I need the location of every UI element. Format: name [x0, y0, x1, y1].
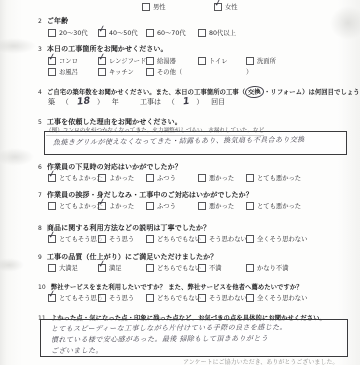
checkbox-option: ✓どちらでもない: [146, 293, 201, 302]
question-9-title: 9工事の品質（仕上がり）にご満足いただけましたか？: [38, 252, 217, 262]
checkbox-option: ✓不満: [198, 263, 222, 272]
question-2-options: ✓20〜30代 ✓40〜50代 ✓60〜70代 ✓80代以上: [0, 28, 360, 38]
checkbox-option: ✓洗面所: [246, 56, 276, 65]
checkbox-option: ✓キッチン: [98, 67, 134, 76]
check-mark: ✓: [97, 259, 107, 269]
checkbox: ✓: [198, 174, 206, 182]
handwritten-answer: とてもスピーディーな工事しながら片付けている手際の良さを感じた。 慣れている様で…: [41, 319, 347, 357]
option-label: どちらでもない: [157, 234, 201, 243]
check-mark: ✓: [213, 0, 223, 8]
question-9-options: ✓大満足 ✓満足 ✓どちらでもない ✓不満 ✓かなり不満: [0, 263, 360, 273]
checkbox: ✓: [48, 202, 56, 210]
checkbox: ✓: [146, 202, 154, 210]
option-label: お風呂: [59, 67, 78, 76]
checkbox-option: ✓そう思わない: [198, 234, 247, 243]
handwritten-count: 1: [182, 96, 190, 108]
question-3-options-row2: ✓お風呂 ✓キッチン ✓その他（ ）: [0, 67, 360, 77]
check-mark: ✓: [97, 52, 107, 62]
option-label: 80代以上: [209, 28, 236, 37]
checkbox: ✓: [48, 294, 56, 302]
option-label: トイレ: [209, 56, 228, 65]
footer-thanks: アンケートにご協力いただき、ありがとうございました。: [183, 357, 338, 365]
checkbox-option: ✓そう思う: [98, 293, 134, 302]
question-number: 9: [38, 254, 42, 261]
checkbox-option: ✓そう思う: [98, 234, 134, 243]
checkbox-option: ✓全くそう思わない: [246, 234, 307, 243]
question-7-title: 7作業員の挨拶・身だしなみ・工事中のご対応はいかがでしたか？: [38, 190, 253, 200]
checkbox-option: ✓コンロ: [48, 56, 78, 65]
option-label: 男性: [153, 2, 166, 11]
option-label: ふつう: [157, 173, 176, 182]
question-number: 5: [38, 119, 42, 126]
renovation-count-field: 工事は （1） 回目: [140, 96, 225, 107]
checkbox: ✓: [98, 68, 106, 76]
checkbox: ✓: [146, 29, 154, 37]
checkbox: ✓: [198, 264, 206, 272]
option-label: よかった: [109, 201, 134, 210]
checkbox: ✓: [146, 68, 154, 76]
question-8-options: ✓とてもそう思う ✓そう思う ✓どちらでもない ✓そう思わない ✓全くそう思わな…: [0, 234, 360, 244]
question-number: 3: [38, 46, 42, 53]
option-label: キッチン: [109, 67, 134, 76]
option-label: 20〜30代: [59, 28, 88, 37]
checkbox-option: ✓とてもよかった: [48, 201, 103, 210]
question-6-title: 6作業員の下見時の対応はいかがでしたか？: [38, 162, 182, 172]
checkbox: ✓: [198, 29, 206, 37]
option-label: とてもよかった: [59, 173, 103, 182]
option-label: 洗面所: [257, 56, 276, 65]
check-mark: ✓: [47, 52, 57, 62]
building-age-field: 築 （18） 年: [48, 96, 119, 107]
option-label: その他（: [157, 67, 182, 76]
option-label: ふつう: [157, 201, 176, 210]
option-label: かなり不満: [257, 263, 288, 272]
option-label: とてもそう思う: [59, 293, 103, 302]
checkbox: ✓: [48, 57, 56, 65]
option-label: 満足: [109, 263, 122, 272]
check-mark: ✓: [97, 24, 107, 34]
checkbox: ✓: [146, 174, 154, 182]
checkbox: ✓: [98, 264, 106, 272]
checkbox-option: ✓悪かった: [198, 201, 234, 210]
option-label: レンジフード: [109, 56, 146, 65]
check-mark: ✓: [97, 197, 107, 207]
option-label: 全くそう思わない: [257, 293, 307, 302]
checkbox-option: ✓よかった: [98, 173, 134, 182]
question-number: 2: [38, 18, 42, 25]
question-8-title: 8商品に関する利用方法などの説明は丁寧でしたか？: [38, 223, 210, 233]
option-label: 悪かった: [209, 201, 234, 210]
option-label: とても悪かった: [257, 173, 301, 182]
option-label: そう思わない: [209, 293, 247, 302]
checkbox: ✓: [198, 294, 206, 302]
checkbox-option: ✓お風呂: [48, 67, 78, 76]
check-mark: ✓: [47, 289, 57, 299]
option-label: どちらでもない: [157, 293, 201, 302]
checkbox-option: ✓かなり不満: [246, 263, 288, 272]
checkbox-option: ✓トイレ: [198, 56, 228, 65]
question-3-options-row1: ✓コンロ ✓レンジフード ✓給湯器 ✓トイレ ✓洗面所: [0, 56, 360, 66]
checkbox-option-male: ✓ 男性: [142, 2, 166, 11]
checkbox-option: ✓80代以上: [198, 28, 236, 37]
question-number: 4: [38, 89, 42, 96]
option-label: 悪かった: [209, 173, 234, 182]
checkbox-option: ✓その他（: [146, 67, 182, 76]
checkbox: ✓: [48, 174, 56, 182]
checkbox: ✓: [246, 202, 254, 210]
checkbox-option: ✓とても悪かった: [246, 201, 301, 210]
question-number: 8: [38, 225, 42, 232]
question-10-options: ✓とてもそう思う ✓そう思う ✓どちらでもない ✓そう思わない ✓全くそう思わな…: [0, 293, 360, 303]
option-label: そう思わない: [209, 234, 247, 243]
checkbox: ✓: [98, 174, 106, 182]
handwritten-line: ございました。: [51, 344, 341, 357]
option-label: そう思う: [109, 234, 134, 243]
option-label: 給湯器: [157, 56, 176, 65]
check-mark: ✓: [47, 230, 57, 240]
scan-smudge: [0, 148, 34, 166]
checkbox: ✓: [146, 57, 154, 65]
checkbox: ✓: [98, 294, 106, 302]
checkbox-option: ✓とてもよかった: [48, 173, 103, 182]
option-label: そう思う: [109, 293, 134, 302]
option-label: よかった: [109, 173, 134, 182]
checkbox-option: ✓悪かった: [198, 173, 234, 182]
close-paren: ）: [246, 67, 253, 76]
handwritten-answer: 魚焼きグリルが使えなくなってきた・結露もあり、換気扇も不具合あり交換: [45, 130, 346, 148]
checkbox-option: ✓60〜70代: [146, 28, 186, 37]
checkbox-option: ✓大満足: [48, 263, 78, 272]
checkbox: ✓: [48, 68, 56, 76]
checkbox: ✓: [146, 235, 154, 243]
checkbox-option: ✓とてもそう思う: [48, 293, 103, 302]
checkbox-option: ✓満足: [98, 263, 122, 272]
question-6-options: ✓とてもよかった ✓よかった ✓ふつう ✓悪かった ✓とても悪かった: [0, 173, 360, 183]
option-label: 全くそう思わない: [257, 234, 307, 243]
checkbox: ✓: [146, 264, 154, 272]
answer-box-reason: 魚焼きグリルが使えなくなってきた・結露もあり、換気扇も不具合あり交換: [44, 131, 347, 155]
checkbox: ✓: [198, 235, 206, 243]
checkbox: ✓: [142, 3, 150, 11]
checkbox: ✓: [48, 235, 56, 243]
handwritten-age: 18: [76, 95, 90, 107]
option-label: コンロ: [59, 56, 78, 65]
answer-box-comments: とてもスピーディーな工事しながら片付けている手際の良さを感じた。 慣れている様で…: [40, 319, 348, 357]
checkbox-option: ✓ふつう: [146, 173, 176, 182]
checkbox: ✓: [48, 264, 56, 272]
option-label: 女性: [225, 2, 238, 11]
option-label: 大満足: [59, 263, 78, 272]
checkbox: ✓: [198, 202, 206, 210]
question-7-options: ✓とてもよかった ✓よかった ✓ふつう ✓悪かった ✓とても悪かった: [0, 201, 360, 211]
checkbox-option: ✓ふつう: [146, 201, 176, 210]
checkbox: ✓: [98, 29, 106, 37]
checkbox: ✓: [98, 202, 106, 210]
checkbox-option: ✓全くそう思わない: [246, 293, 307, 302]
option-label: 不満: [209, 263, 222, 272]
check-mark: ✓: [47, 169, 57, 179]
checkbox-option: ✓20〜30代: [48, 28, 88, 37]
checkbox: ✓: [98, 57, 106, 65]
checkbox: ✓: [214, 3, 222, 11]
checkbox: ✓: [246, 174, 254, 182]
scan-smudge: [0, 38, 36, 54]
option-label: とてもそう思う: [59, 234, 103, 243]
checkbox-option: ✓とてもそう思う: [48, 234, 103, 243]
option-label: 60〜70代: [157, 28, 186, 37]
option-label: とてもよかった: [59, 201, 103, 210]
question-2-title: 2ご年齢: [38, 16, 68, 26]
checkbox-option: ✓とても悪かった: [246, 173, 301, 182]
question-1-options: ✓ 男性 ✓ 女性: [0, 2, 360, 12]
question-number: 7: [38, 192, 42, 199]
checkbox: ✓: [48, 29, 56, 37]
circled-word: 交換: [245, 85, 265, 98]
question-number: 6: [38, 164, 42, 171]
checkbox: ✓: [246, 264, 254, 272]
checkbox-option: ✓40〜50代: [98, 28, 138, 37]
checkbox-option: ✓レンジフード: [98, 56, 146, 65]
question-10-title: 10弊社サービスをまた利用したいですか？ また、弊社サービスを他者へ薦めたいです…: [38, 282, 303, 291]
option-label: どちらでもない: [157, 263, 201, 272]
survey-scan: ✓ 男性 ✓ 女性 2ご年齢 ✓20〜30代 ✓40〜50代 ✓60〜70代 ✓…: [0, 0, 360, 365]
option-label: 40〜50代: [109, 28, 138, 37]
checkbox-option: ✓よかった: [98, 201, 134, 210]
question-number: 10: [38, 284, 46, 291]
checkbox-option: ✓そう思わない: [198, 293, 247, 302]
checkbox-option-female: ✓ 女性: [214, 2, 238, 11]
checkbox: ✓: [246, 57, 254, 65]
checkbox-option: ✓どちらでもない: [146, 263, 201, 272]
checkbox: ✓: [146, 294, 154, 302]
checkbox: ✓: [198, 57, 206, 65]
checkbox: ✓: [246, 235, 254, 243]
checkbox-option: ✓給湯器: [146, 56, 176, 65]
checkbox: ✓: [246, 294, 254, 302]
checkbox-option: ✓どちらでもない: [146, 234, 201, 243]
option-label: とても悪かった: [257, 201, 301, 210]
checkbox: ✓: [98, 235, 106, 243]
